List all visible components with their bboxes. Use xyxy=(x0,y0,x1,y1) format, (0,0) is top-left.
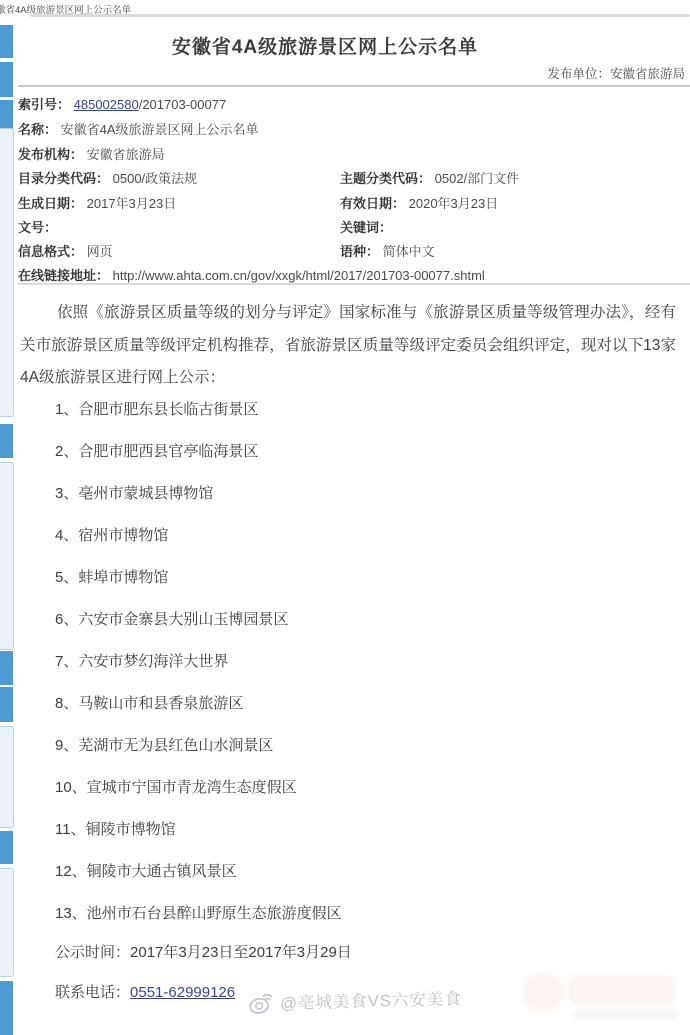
meta-col-theme: 主题分类代码： 0502/部门文件 xyxy=(340,168,519,187)
publicity-period-line: 公示时间：2017年3月23日至2017年3月29日 xyxy=(55,941,352,962)
meta-divider xyxy=(18,283,690,285)
left-rail-panel xyxy=(0,868,14,977)
attraction-item: 10、宣城市宁国市青龙湾生态度假区 xyxy=(55,777,680,798)
index-suffix: /201703-00077 xyxy=(139,97,226,112)
agency-value: 安徽省旅游局 xyxy=(87,147,165,162)
left-rail-block xyxy=(0,687,13,722)
attraction-item: 5、蚌埠市博物馆 xyxy=(55,567,680,588)
url-value: http://www.ahta.com.cn/gov/xxgk/html/201… xyxy=(113,268,485,283)
attraction-item: 6、六安市金寨县大别山玉博园景区 xyxy=(55,609,680,630)
publicity-label: 公示时间： xyxy=(55,944,130,961)
name-label: 名称： xyxy=(18,122,57,137)
header-divider xyxy=(18,85,690,87)
meta-col-lang: 语种： 简体中文 xyxy=(340,241,435,260)
left-rail-block xyxy=(0,424,13,458)
left-rail-block xyxy=(0,981,13,1035)
attraction-item: 2、合肥市肥西县官亭临海景区 xyxy=(55,441,680,462)
created-value: 2017年3月23日 xyxy=(87,196,177,211)
valid-value: 2020年3月23日 xyxy=(409,196,499,211)
url-label: 在线链接地址： xyxy=(18,268,109,283)
catalog-label: 目录分类代码： xyxy=(18,171,109,186)
left-rail-panel xyxy=(0,726,14,828)
meta-col-keywords: 关键词： xyxy=(340,217,392,236)
catalog-value: 0500/政策法规 xyxy=(113,171,198,186)
attraction-item: 12、铜陵市大通古镇风景区 xyxy=(55,861,680,882)
publisher-label: 发布单位： xyxy=(547,67,610,81)
theme-label: 主题分类代码： xyxy=(340,171,431,186)
created-label: 生成日期： xyxy=(18,196,83,211)
left-rail-panel xyxy=(0,462,14,650)
attraction-item: 11、铜陵市博物馆 xyxy=(55,819,680,840)
attraction-item: 9、芜湖市无为县红色山水涧景区 xyxy=(55,735,680,756)
top-divider xyxy=(30,14,690,17)
attraction-item: 7、六安市梦幻海洋大世界 xyxy=(55,651,680,672)
intro-paragraph: 依照《旅游景区质量等级的划分与评定》国家标准与《旅游景区质量等级管理办法》，经有… xyxy=(20,297,676,395)
attraction-item: 1、合肥市肥东县长临古街景区 xyxy=(55,399,680,420)
meta-row-index: 索引号： 485002580/201703-00077 xyxy=(18,94,690,113)
left-rail-panel xyxy=(0,128,14,417)
watermark-text: @亳城美食VS六安美食 xyxy=(280,985,462,1014)
format-label: 信息格式： xyxy=(18,244,83,259)
meta-row-docno: 文号： 关键词： xyxy=(18,217,690,236)
publisher-line: 发布单位：安徽省旅游局 xyxy=(547,64,685,82)
attraction-item: 4、宿州市博物馆 xyxy=(55,525,680,546)
meta-col-valid: 有效日期： 2020年3月23日 xyxy=(340,193,498,212)
meta-row-format: 信息格式： 网页语种： 简体中文 xyxy=(18,241,690,260)
left-rail-block xyxy=(0,651,13,685)
weibo-icon xyxy=(246,988,276,1017)
meta-row-catalog: 目录分类代码： 0500/政策法规主题分类代码： 0502/部门文件 xyxy=(18,168,690,187)
docno-label: 文号： xyxy=(18,220,57,235)
valid-label: 有效日期： xyxy=(340,196,405,211)
attraction-item: 3、亳州市蒙城县博物馆 xyxy=(55,483,680,504)
attraction-item: 8、马鞍山市和县香泉旅游区 xyxy=(55,693,680,714)
publisher-value: 安徽省旅游局 xyxy=(610,67,685,81)
name-value: 安徽省4A级旅游景区网上公示名单 xyxy=(61,122,259,137)
meta-row-url: 在线链接地址： http://www.ahta.com.cn/gov/xxgk/… xyxy=(18,265,690,284)
format-value: 网页 xyxy=(87,244,113,259)
meta-row-name: 名称： 安徽省4A级旅游景区网上公示名单 xyxy=(18,119,690,138)
keywords-label: 关键词： xyxy=(340,220,392,235)
attraction-item: 13、池州市石台县醉山野原生态旅游度假区 xyxy=(55,903,680,924)
left-rail-block xyxy=(0,831,13,864)
left-rail-block xyxy=(0,62,13,97)
meta-row-agency: 发布机构： 安徽省旅游局 xyxy=(18,144,690,163)
index-label: 索引号： xyxy=(18,97,70,112)
publicity-value: 2017年3月23日至2017年3月29日 xyxy=(130,944,352,961)
meta-row-dates: 生成日期： 2017年3月23日有效日期： 2020年3月23日 xyxy=(18,193,690,212)
attraction-list: 1、合肥市肥东县长临古街景区2、合肥市肥西县官亭临海景区3、亳州市蒙城县博物馆4… xyxy=(55,399,680,945)
page-title: 安徽省4A级旅游景区网上公示名单 xyxy=(0,32,650,59)
lang-label: 语种： xyxy=(340,244,379,259)
agency-label: 发布机构： xyxy=(18,147,83,162)
index-number-link[interactable]: 485002580 xyxy=(74,97,139,112)
theme-value: 0502/部门文件 xyxy=(435,171,520,186)
lang-value: 简体中文 xyxy=(383,244,435,259)
